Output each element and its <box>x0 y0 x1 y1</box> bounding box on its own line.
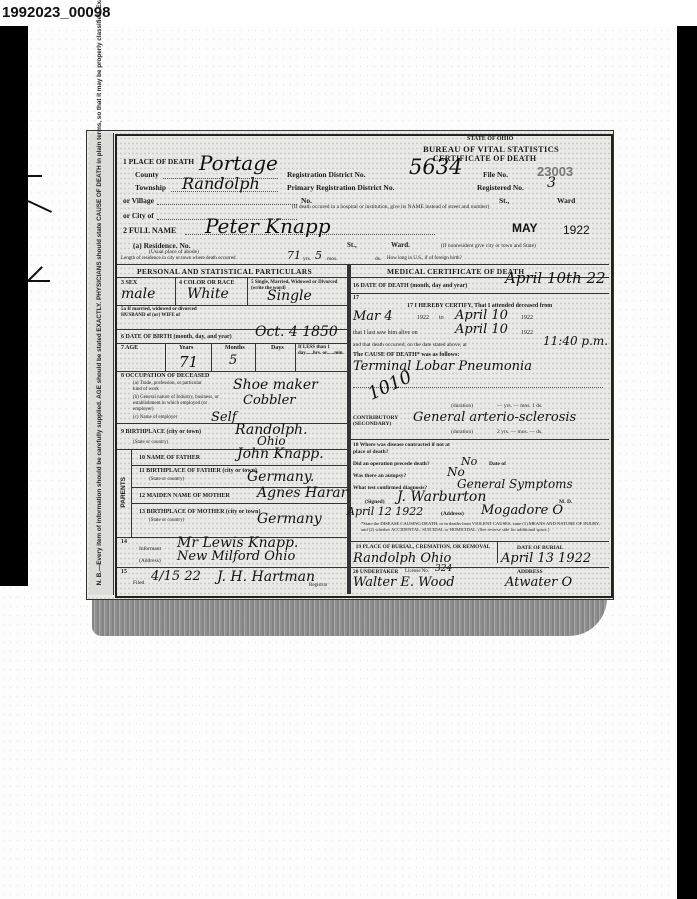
father-label: 10 NAME OF FATHER <box>139 455 200 461</box>
physician-value: J. Warburton <box>397 489 486 505</box>
undertaker-value: Walter E. Wood <box>353 575 455 590</box>
father-birthplace-label: 11 BIRTHPLACE OF FATHER (city or town) <box>139 468 257 474</box>
attended-to-year: 1922 <box>521 315 533 321</box>
signed-date-value: April 12 1922 <box>347 505 423 518</box>
mother-label: 12 MAIDEN NAME OF MOTHER <box>139 493 230 499</box>
scan-border-right <box>677 26 697 899</box>
full-name-label: 2 FULL NAME <box>123 226 176 235</box>
license-label: License No. <box>405 569 429 574</box>
color-value: White <box>187 286 229 302</box>
filed-label: Filed <box>133 580 144 586</box>
yrs-label: yrs. <box>303 256 311 262</box>
physician-address-label: (Address) <box>441 511 464 517</box>
mother-birthplace-value: Germany <box>257 511 322 527</box>
attended-from-year: 1922 <box>417 315 429 321</box>
employer-label: (c) Name of employer <box>133 415 177 420</box>
mos-label: mos. <box>327 256 338 262</box>
margin-mark <box>28 175 42 177</box>
bureau-label: BUREAU OF VITAL STATISTICS <box>423 144 559 154</box>
industry-value: Cobbler <box>243 393 295 408</box>
place-of-death-label: 1 PLACE OF DEATH <box>123 157 194 166</box>
cause-footnote: *State the DISEASE CAUSING DEATH, or in … <box>361 521 601 532</box>
informant-address-value: New Milford Ohio <box>177 549 295 564</box>
nonresident-note: (If nonresident give city or town and St… <box>441 243 536 249</box>
registrar-label: Registrar <box>309 583 327 588</box>
length-of-residence-label: Length of residence in city or town wher… <box>121 256 236 261</box>
operation-date-label: Date of <box>489 461 506 467</box>
birthplace-state-label: (State or country) <box>133 440 168 445</box>
date-of-death-value: April 10th 22 <box>505 269 606 287</box>
death-time-label: and that death occurred, on the date sta… <box>353 342 467 348</box>
registration-district-value: 5634 <box>409 155 462 179</box>
attended-from-value: Mar 4 <box>353 309 393 324</box>
physician-address-value: Mogadore O <box>481 503 563 518</box>
registration-district-label: Registration District No. <box>287 170 366 179</box>
length-years-value: 71 <box>287 249 301 262</box>
mother-birthplace-label: 13 BIRTHPLACE OF MOTHER (city or town) <box>139 509 260 515</box>
trade-value: Shoe maker <box>233 377 318 393</box>
cause-label: The CAUSE OF DEATH* was as follows: <box>353 352 459 358</box>
state-label: STATE OF OHIO <box>467 136 513 142</box>
city-label: or City of <box>123 211 154 220</box>
hospital-note: (If death occured in a hospital or insti… <box>292 204 489 210</box>
residence-st-label: St., <box>347 241 357 249</box>
contributory-duration-label: (duration) <box>451 429 473 435</box>
age-days-label: Days <box>271 345 284 351</box>
father-value: John Knapp. <box>237 446 324 462</box>
sex-value: male <box>121 286 155 302</box>
to-label: to <box>439 315 444 321</box>
mother-birthplace-state-label: (State or country) <box>149 518 184 523</box>
age-months-label: Months <box>225 345 245 351</box>
registered-no-label: Registered No. <box>477 183 524 192</box>
date-of-death-label: 16 DATE OF DEATH (month, day and year) <box>353 283 467 289</box>
informant-address-label: (Address) <box>139 558 161 564</box>
dob-label: 6 DATE OF BIRTH (month, day, and year) <box>121 334 232 340</box>
st-label: St., <box>499 196 509 205</box>
less-than-day-label: If LESS than 1 day......hrs. or......min… <box>298 345 344 357</box>
last-saw-year: 1922 <box>521 330 533 336</box>
dob-value: Oct. 4 1850 <box>255 324 338 340</box>
father-birthplace-state-label: (State or country) <box>149 477 184 482</box>
undertaker-address-value: Atwater O <box>505 575 572 590</box>
contributory-duration-value: 2 yrs. — mos. — ds. <box>497 429 543 435</box>
cause-duration-label: (duration) <box>451 403 473 409</box>
county-label: County <box>135 170 159 179</box>
instructions-strip: N. B.—Every item of information should b… <box>89 133 114 595</box>
attended-to-value: April 10 <box>455 308 508 323</box>
operation-label: Did an operation precede death? <box>353 461 430 467</box>
cause-duration-value: — yrs. — mos. 1 ds. <box>497 403 543 409</box>
ds-label: ds. <box>375 256 381 262</box>
personal-section-title: PERSONAL AND STATISTICAL PARTICULARS <box>137 267 312 276</box>
industry-label: (b) General nature of Industry, business… <box>133 395 221 413</box>
registrar-value: J. H. Hartman <box>217 569 315 585</box>
license-value: 324 <box>435 564 452 574</box>
autopsy-label: Was there an autopsy? <box>353 473 406 479</box>
us-residence-label: How long in U.S., if of foreign birth? <box>387 256 462 261</box>
file-no-label: File No. <box>483 170 508 179</box>
abode-note: (Usual place of abode) <box>149 249 199 255</box>
ward-label: Ward <box>557 196 575 205</box>
registered-no-value: 3 <box>547 175 556 191</box>
trade-label: (a) Trade, profession, or particular kin… <box>133 381 203 393</box>
burial-place-label: 19 PLACE OF BURIAL, CREMATION, OR REMOVA… <box>353 544 493 550</box>
filed-date-value: 4/15 22 <box>151 569 201 584</box>
death-certificate: N. B.—Every item of information should b… <box>86 130 614 600</box>
age-label: 7 AGE <box>121 345 138 351</box>
full-name-value: Peter Knapp <box>205 214 331 238</box>
primary-district-label: Primary Registration District No. <box>287 183 394 192</box>
margin-mark <box>28 280 50 282</box>
residence-ward-label: Ward. <box>391 241 410 249</box>
last-saw-label: that I last saw him alive on <box>353 330 418 336</box>
occupation-label: 8 OCCUPATION OF DECEASED <box>121 373 209 379</box>
informant-label: Informant <box>139 546 161 552</box>
county-value: Portage <box>199 151 278 175</box>
length-months-value: 5 <box>315 249 322 262</box>
received-stamp-month: MAY <box>512 221 538 235</box>
mother-value: Agnes Harar <box>257 485 347 501</box>
age-years-value: 71 <box>179 353 198 371</box>
spouse-label: 5a If married, widowed or divorced HUSBA… <box>121 307 211 319</box>
father-birthplace-value: Germany. <box>247 469 314 485</box>
death-time-value: 11:40 p.m. <box>543 334 608 348</box>
medical-section-title: MEDICAL CERTIFICATE OF DEATH <box>387 267 524 276</box>
age-years-label: Years <box>179 345 193 351</box>
birthplace-label: 9 BIRTHPLACE (city or town) <box>121 429 201 435</box>
contributory-label: CONTRIBUTORY (SECONDARY) <box>353 415 413 427</box>
received-stamp-year: 1922 <box>563 223 590 237</box>
contributory-value: General arterio-sclerosis <box>413 410 576 425</box>
village-label: or Village <box>123 196 154 205</box>
cause-value: Terminal Lobar Pneumonia <box>353 359 532 374</box>
page-shadow <box>92 598 607 636</box>
marital-value: Single <box>267 288 312 304</box>
burial-date-value: April 13 1922 <box>501 551 591 566</box>
age-months-value: 5 <box>229 353 237 368</box>
township-label: Township <box>135 183 166 192</box>
where-contracted-label: 18 Where was disease contracted if not a… <box>353 442 463 455</box>
township-value: Randolph <box>182 174 260 193</box>
scan-border-left <box>0 26 28 586</box>
instructions-text: N. B.—Every item of information should b… <box>93 0 107 585</box>
last-saw-value: April 10 <box>455 322 508 337</box>
parents-label: PARENTS <box>120 477 127 508</box>
